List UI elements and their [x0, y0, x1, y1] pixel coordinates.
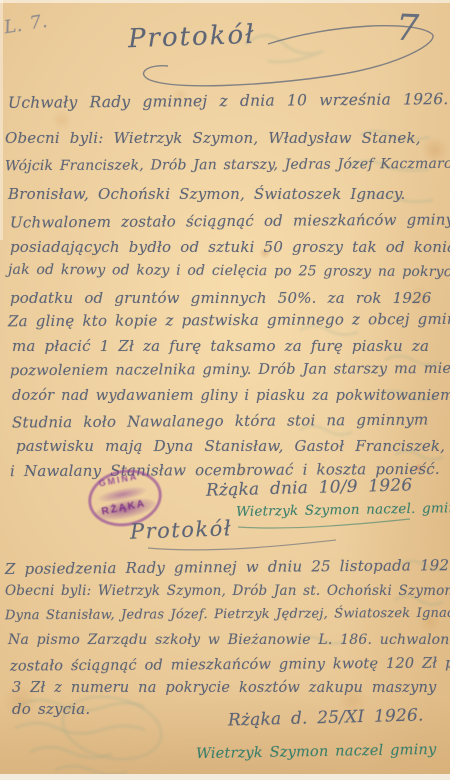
protocol1-title: Protokół: [128, 20, 256, 54]
scanned-document-page: L. 7. 7 Protokół Uchwały Rady gminnej z …: [0, 0, 450, 780]
handwritten-line: Obecni byli: Wietrzyk Szymon, Drób Jan s…: [5, 583, 450, 599]
protocol2-title: Protokół: [130, 516, 233, 544]
place-date-2: Rżąka d. 25/XI 1926.: [228, 705, 424, 730]
handwritten-line: Uchwały Rady gminnej z dnia 10 września …: [8, 90, 449, 112]
handwritten-line: 3 Zł z numeru na pokrycie kosztów zakupu…: [12, 680, 436, 696]
page-number: 7: [395, 8, 420, 50]
handwritten-line: Na pismo Zarządu szkoły w Bieżanowie L. …: [8, 632, 450, 648]
place-date-1: Rżąka dnia 10/9 1926: [206, 475, 413, 500]
handwritten-line: podatku od gruntów gminnych 50%. za rok …: [10, 289, 432, 307]
handwritten-line: posiadających bydło od sztuki 50 groszy …: [10, 238, 450, 256]
handwritten-line: Obecni byli: Wietrzyk Szymon, Władysław …: [5, 129, 421, 147]
handwritten-line: zostało ściągnąć od mieszkańców gminy kw…: [10, 655, 450, 674]
official-signature-2: Wietrzyk Szymon naczel gminy: [196, 742, 437, 762]
handwritten-line: do szycia.: [12, 700, 90, 718]
handwritten-line: Za glinę kto kopie z pastwiska gminnego …: [8, 310, 450, 330]
page-ledger-number: L. 7.: [3, 11, 49, 39]
handwritten-line: ma płacić 1 Zł za furę taksamo za furę p…: [12, 337, 429, 355]
handwritten-line: pozwoleniem naczelnika gminy. Drób Jan s…: [10, 361, 450, 379]
handwritten-line: Z posiedzenia Rady gminnej w dniu 25 lis…: [5, 556, 450, 578]
handwritten-line: Bronisław, Ochoński Szymon, Światoszek I…: [8, 185, 406, 203]
handwritten-line: Studnia koło Nawalanego która stoi na gm…: [12, 411, 429, 432]
handwritten-line: jak od krowy od kozy i od cielęcia po 25…: [8, 262, 450, 280]
handwritten-line: pastwisku mają Dyna Stanisław, Gastoł Fr…: [16, 437, 445, 455]
official-signature-1: Wietrzyk Szymon naczel. gminy: [236, 500, 450, 520]
handwritten-line: Uchwalonem zostało ściągnąć od mieszkańc…: [10, 210, 450, 231]
handwritten-line: Dyna Stanisław, Jedras Józef. Pietrzyk J…: [5, 606, 450, 623]
handwritten-line: Wójcik Franciszek, Drób Jan starszy, Jed…: [5, 156, 450, 174]
handwritten-line: dozór nad wydawaniem gliny i piasku za p…: [12, 388, 450, 404]
